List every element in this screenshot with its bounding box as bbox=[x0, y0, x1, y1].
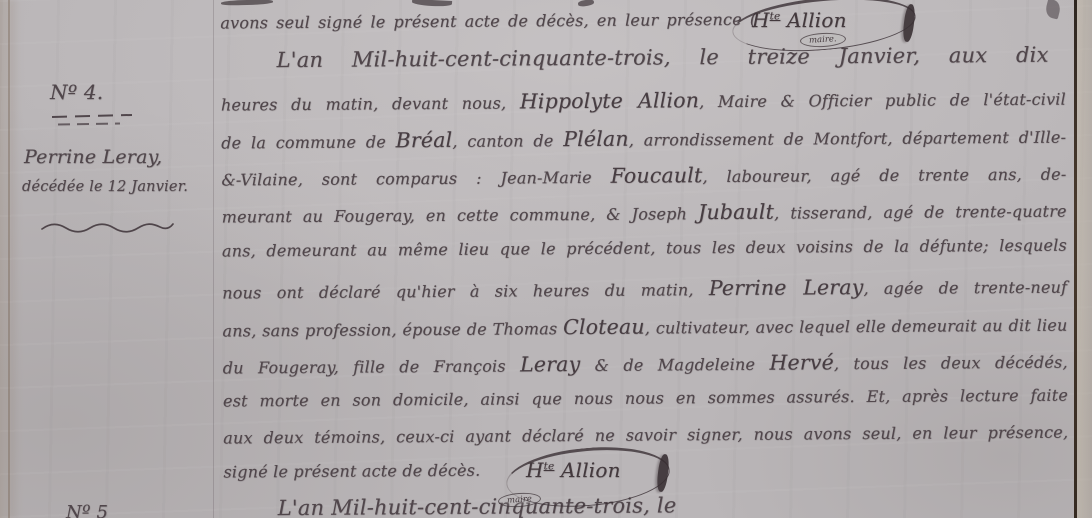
handwritten-text: , tous les deux décédés, bbox=[834, 353, 1068, 374]
text-line: de la commune de Bréal, canton de Plélan… bbox=[221, 122, 1066, 158]
text-line: nous ont déclaré qu'hier à six heures du… bbox=[222, 272, 1067, 308]
handwritten-text: meurant au Fougeray, en cette commune, &… bbox=[222, 204, 698, 226]
emphasized-name-text: Hippolyte Allion bbox=[520, 88, 699, 113]
handwritten-text: , Maire & Officier public de l'état-civi… bbox=[699, 90, 1066, 112]
handwritten-text: &-Vilaine, sont comparus : Jean-Marie bbox=[221, 168, 610, 190]
handwritten-text: , laboureur, agé de trente ans, de- bbox=[702, 165, 1066, 187]
emphasized-name-text: Hervé bbox=[769, 350, 834, 374]
mayor-signature-1: Hte Allion maire. bbox=[738, 1, 910, 47]
mayor-signature-2: Hte Allion maire bbox=[512, 451, 664, 503]
text-line: est morte en son domicile, ainsi que nou… bbox=[223, 384, 1068, 413]
margin-death-date-note: décédée le 12 Janvier. bbox=[22, 179, 188, 195]
handwritten-text: , agée de trente-neuf bbox=[863, 278, 1067, 298]
handwritten-text: du Fougeray, fille de François bbox=[223, 356, 520, 377]
handwritten-text: ans, sans profession, épouse de Thomas bbox=[222, 319, 563, 340]
emphasized-name-text: Jubault bbox=[698, 200, 774, 225]
text-line: L'an Mil-huit-cent-cinquante-trois, le t… bbox=[277, 40, 1049, 76]
emphasized-name-text: Plélan bbox=[563, 127, 629, 151]
handwritten-text: , tisserand, agé de trente-quatre bbox=[774, 202, 1067, 223]
handwritten-text: signé le présent acte de décès. bbox=[223, 461, 480, 482]
handwritten-text: heures du matin, devant nous, bbox=[221, 93, 520, 114]
act-body-lines: avons seul signé le présent acte de décè… bbox=[0, 0, 1092, 518]
handwritten-text: est morte en son domicile, ainsi que nou… bbox=[223, 386, 1068, 411]
handwritten-text: de la commune de bbox=[221, 132, 396, 152]
handwritten-text: , arrondissement de Montfort, départemen… bbox=[629, 128, 1067, 150]
handwritten-text: L'an Mil-huit-cent-cinquante-trois, le t… bbox=[277, 43, 1049, 72]
handwritten-text: & de Magdeleine bbox=[580, 355, 769, 375]
text-line: ans, demeurant au même lieu que le précé… bbox=[222, 234, 1067, 263]
handwritten-text: nous ont déclaré qu'hier à six heures du… bbox=[222, 280, 709, 302]
text-line: du Fougeray, fille de François Leray & d… bbox=[223, 347, 1068, 383]
text-line: aux deux témoins, ceux-ci ayant déclaré … bbox=[223, 421, 1068, 450]
register-page-scan: Nº 4. Perrine Leray, décédée le 12 Janvi… bbox=[0, 0, 1092, 518]
text-line: meurant au Fougeray, en cette commune, &… bbox=[222, 196, 1067, 232]
handwritten-text: avons seul signé le présent acte de décè… bbox=[220, 10, 756, 33]
emphasized-name-text: Leray bbox=[520, 352, 580, 376]
margin-deceased-name: Perrine Leray, bbox=[24, 146, 162, 168]
signature-name: Hte Allion bbox=[526, 458, 621, 482]
handwritten-text: , canton de bbox=[452, 131, 563, 151]
next-act-number: Nº 5 bbox=[66, 502, 108, 518]
text-line: heures du matin, devant nous, Hippolyte … bbox=[221, 84, 1066, 120]
act-number: Nº 4. bbox=[50, 80, 103, 104]
signature-name: Hte Allion bbox=[752, 8, 847, 32]
handwritten-text: , cultivateur, avec lequel elle demeurai… bbox=[645, 316, 1068, 338]
emphasized-name-text: Bréal bbox=[396, 128, 453, 152]
handwritten-text: aux deux témoins, ceux-ci ayant déclaré … bbox=[223, 423, 1068, 448]
text-line: signé le présent acte de décès. bbox=[223, 459, 480, 484]
flourish-squiggle bbox=[40, 220, 175, 236]
handwritten-text: ans, demeurant au même lieu que le précé… bbox=[222, 236, 1067, 261]
text-line: avons seul signé le présent acte de décè… bbox=[220, 8, 756, 35]
text-line: &-Vilaine, sont comparus : Jean-Marie Fo… bbox=[221, 159, 1066, 195]
text-line: ans, sans profession, épouse de Thomas C… bbox=[222, 310, 1067, 346]
emphasized-name-text: Cloteau bbox=[563, 315, 645, 340]
emphasized-name-text: Foucault bbox=[611, 163, 703, 188]
emphasized-name-text: Perrine Leray bbox=[709, 275, 864, 300]
text-line: L'an Mil-huit-cent-cinquante-trois, le bbox=[278, 488, 1058, 518]
